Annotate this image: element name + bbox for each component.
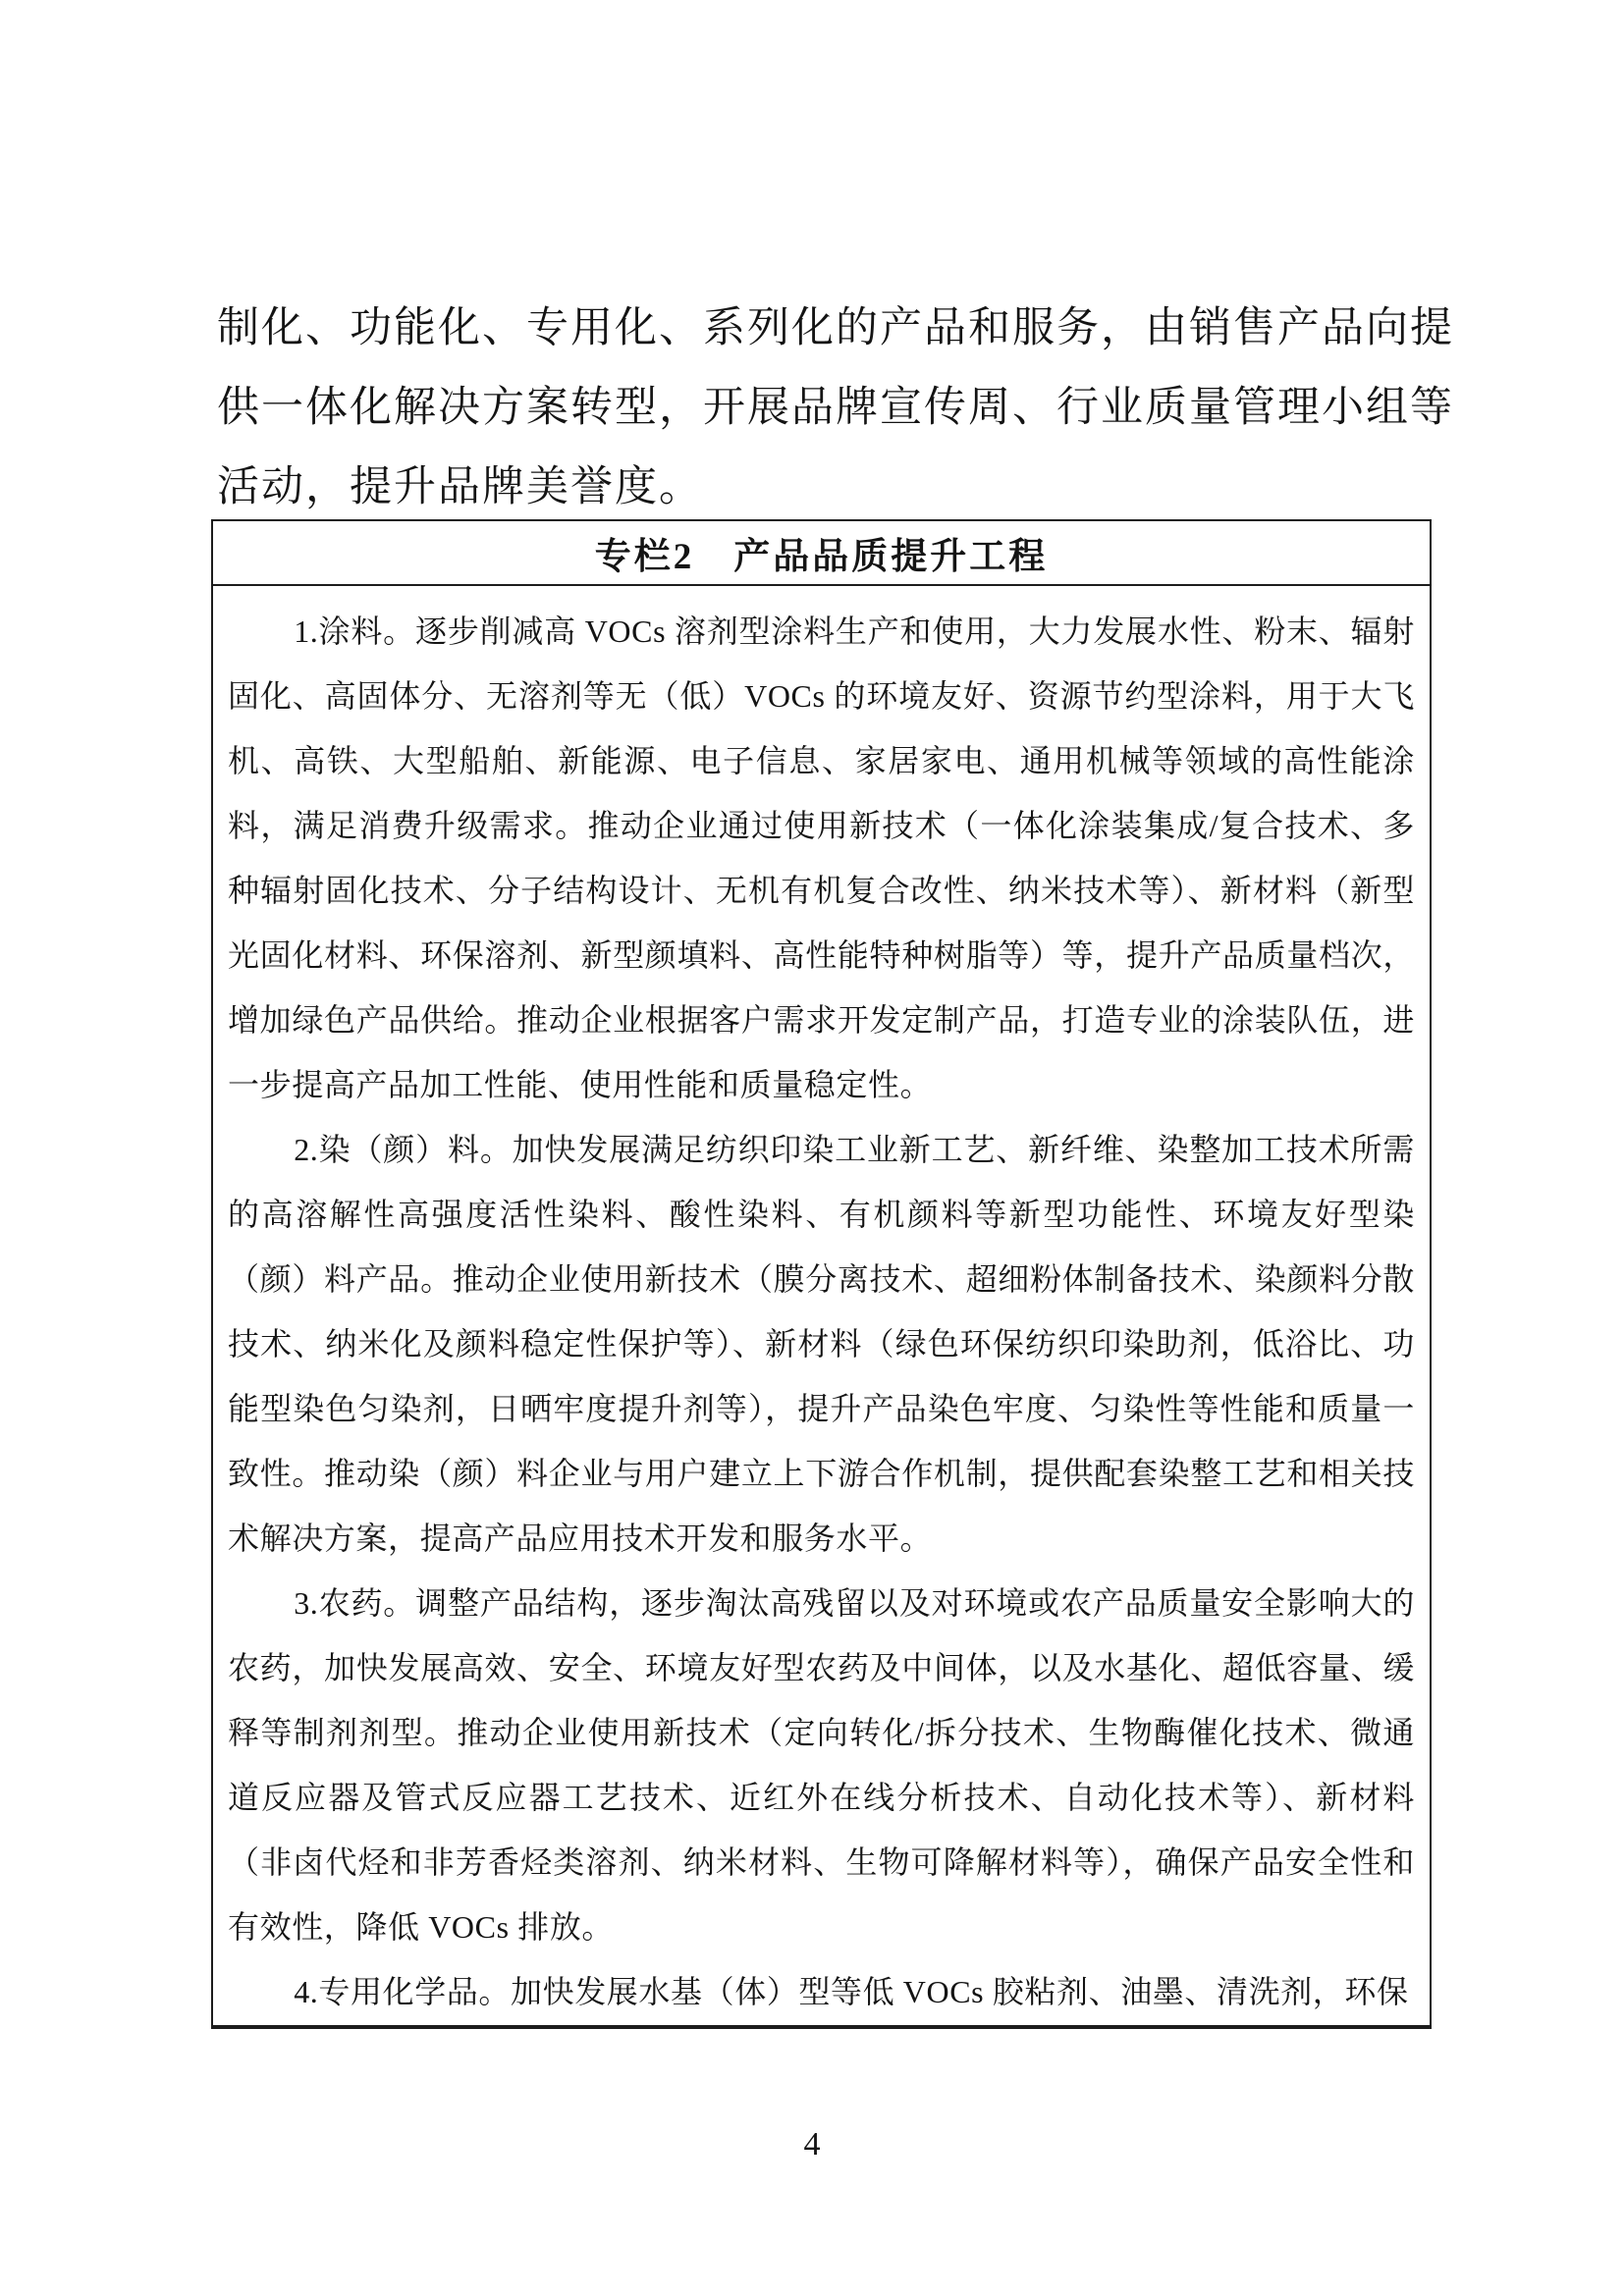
column-2-box: 专栏2 产品品质提升工程 1.涂料。逐步削减高 VOCs 溶剂型涂料生产和使用，… xyxy=(211,519,1432,2029)
page-number: 4 xyxy=(0,2123,1624,2166)
intro-paragraph: 制化、功能化、专用化、系列化的产品和服务，由销售产品向提 供一体化解决方案转型，… xyxy=(217,289,1464,527)
box-paragraph-specialty-chemicals: 4.专用化学品。加快发展水基（体）型等低 VOCs 胶粘剂、油墨、清洗剂，环保 xyxy=(228,1959,1415,2024)
box-body: 1.涂料。逐步削减高 VOCs 溶剂型涂料生产和使用，大力发展水性、粉末、辐射固… xyxy=(213,586,1430,2024)
document-page: 制化、功能化、专用化、系列化的产品和服务，由销售产品向提 供一体化解决方案转型，… xyxy=(0,0,1624,2296)
box-paragraph-dyes-pigments: 2.染（颜）料。加快发展满足纺织印染工业新工艺、新纤维、染整加工技术所需的高溶解… xyxy=(228,1117,1415,1571)
box-paragraph-coatings: 1.涂料。逐步削减高 VOCs 溶剂型涂料生产和使用，大力发展水性、粉末、辐射固… xyxy=(228,599,1415,1117)
box-title: 专栏2 产品品质提升工程 xyxy=(213,521,1430,586)
box-paragraph-pesticides: 3.农药。调整产品结构，逐步淘汰高残留以及对环境或农产品质量安全影响大的农药，加… xyxy=(228,1571,1415,1959)
